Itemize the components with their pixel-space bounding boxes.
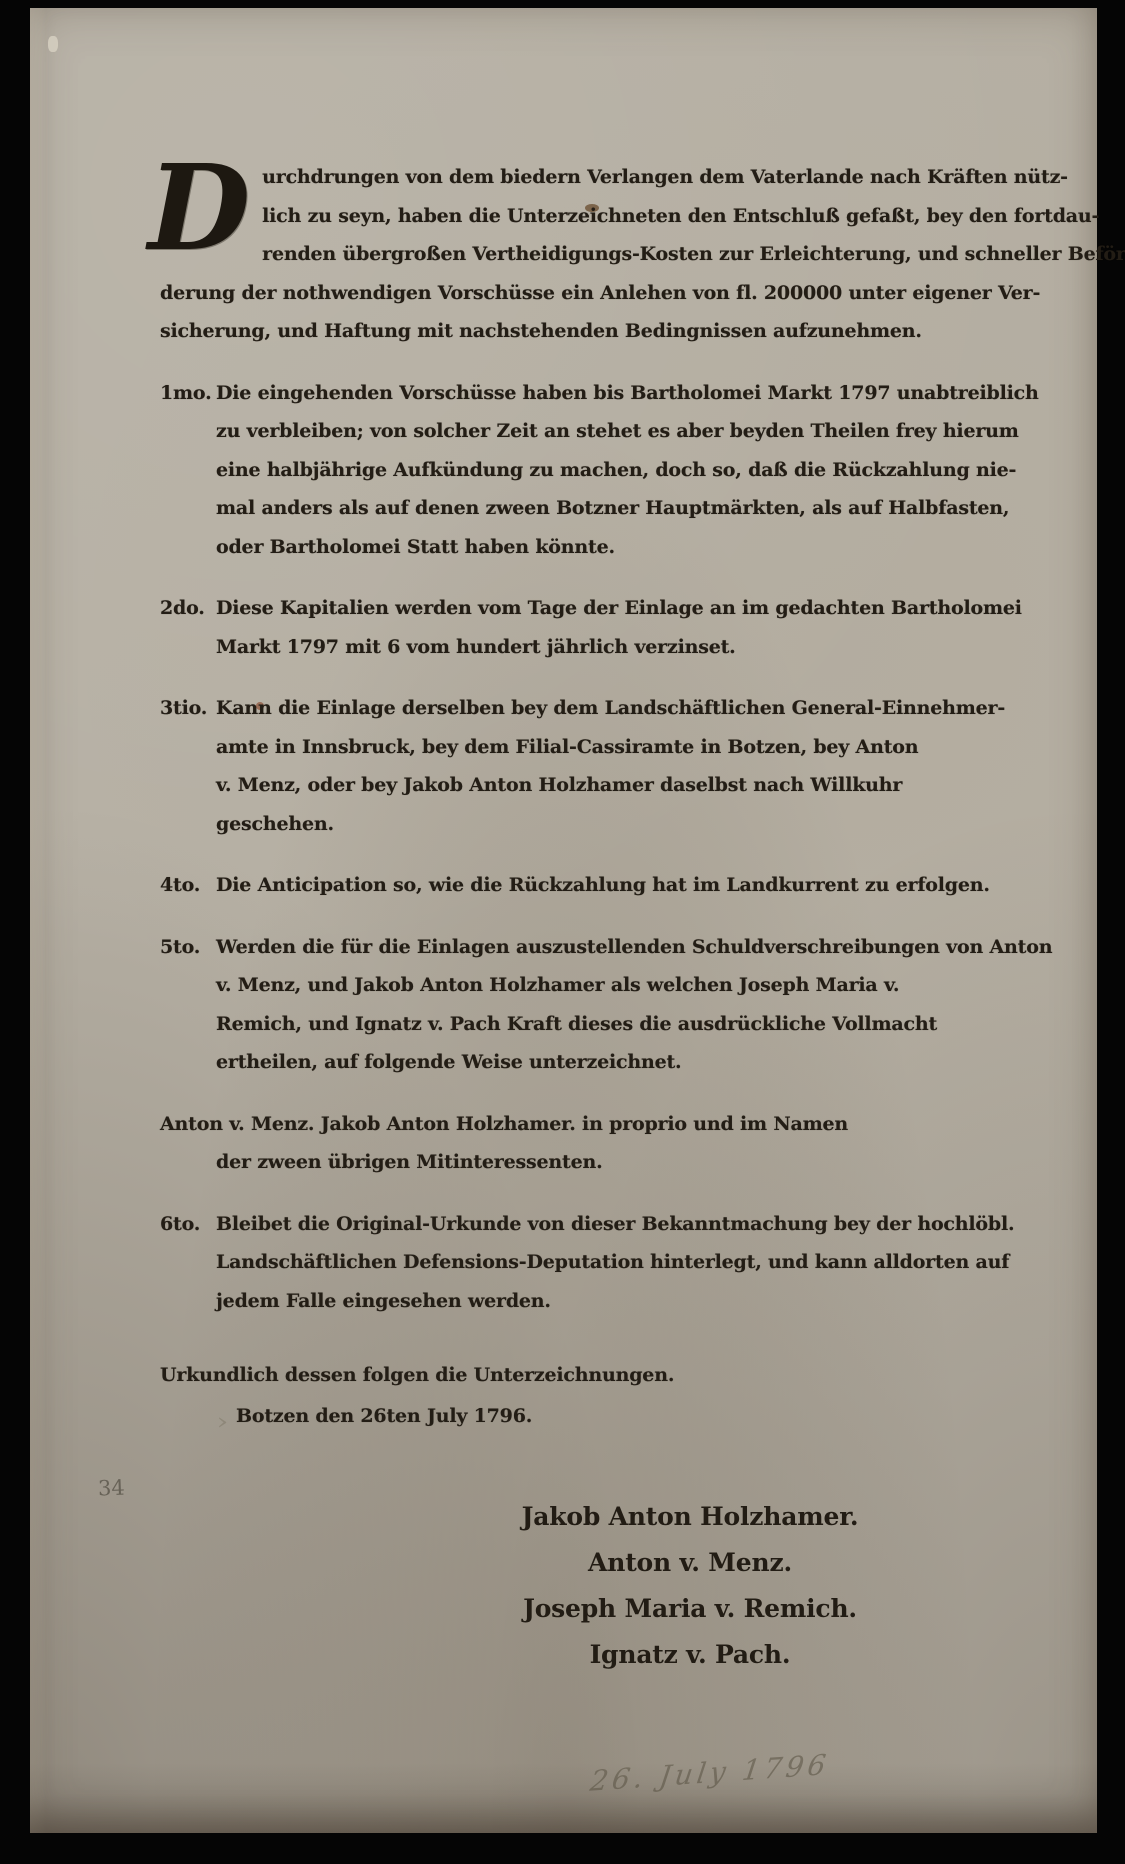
text-line: sicherung, und Haftung mit nachstehenden… — [160, 312, 960, 351]
paper-sheet: D urchdrungen von dem biedern Verlangen … — [30, 8, 1097, 1833]
text-line: Die eingehenden Vorschüsse haben bis Bar… — [216, 374, 1039, 413]
text-line: lich zu seyn, haben die Unterzeichneten … — [160, 197, 960, 236]
text-line: derung der nothwendigen Vorschüsse ein A… — [160, 274, 960, 313]
text-line: Werden die für die Einlagen auszustellen… — [216, 928, 1052, 967]
text-line: v. Menz, oder bey Jakob Anton Holzhamer … — [216, 766, 1005, 805]
opening-paragraph: D urchdrungen von dem biedern Verlangen … — [160, 158, 960, 351]
clause-marker: 2do. — [160, 589, 216, 666]
text-line: urchdrungen von dem biedern Verlangen de… — [160, 158, 960, 197]
text-line: Markt 1797 mit 6 vom hundert jährlich ve… — [216, 628, 1022, 667]
text-line: amte in Innsbruck, bey dem Filial-Cassir… — [216, 728, 1005, 767]
text-line: Anton v. Menz. Jakob Anton Holzhamer. in… — [160, 1105, 960, 1144]
handwritten-date-note: 26. July 1796 — [588, 1735, 1012, 1798]
clause-6: 6to. Bleibet die Original-Urkunde von di… — [160, 1205, 960, 1321]
signatory-statement: Anton v. Menz. Jakob Anton Holzhamer. in… — [160, 1105, 960, 1182]
pencil-page-number: 34 — [98, 1476, 126, 1501]
paper-edge-chip — [48, 36, 58, 52]
clause-5: 5to. Werden die für die Einlagen auszust… — [160, 928, 960, 1082]
clause-marker: 4to. — [160, 866, 216, 905]
signature-block: Jakob Anton Holzhamer. Anton v. Menz. Jo… — [410, 1494, 970, 1678]
clause-marker: 1mo. — [160, 374, 216, 567]
clause-2: 2do. Diese Kapitalien werden vom Tage de… — [160, 589, 960, 666]
text-line: Die Anticipation so, wie die Rückzahlung… — [216, 866, 990, 905]
clause-3: 3tio. Kann die Einlage derselben bey dem… — [160, 689, 960, 843]
text-line: oder Bartholomei Statt haben könnte. — [216, 528, 1039, 567]
text-line: Remich, und Ignatz v. Pach Kraft dieses … — [216, 1005, 1052, 1044]
document-scan: D urchdrungen von dem biedern Verlangen … — [0, 0, 1125, 1864]
text-line: der zween übrigen Mitinteressenten. — [216, 1143, 960, 1182]
document-body: D urchdrungen von dem biedern Verlangen … — [160, 158, 960, 1435]
closing-line: Urkundlich dessen folgen die Unterzeichn… — [160, 1356, 960, 1395]
clause-marker: 6to. — [160, 1205, 216, 1321]
text-line: eine halbjährige Aufkündung zu machen, d… — [216, 451, 1039, 490]
signature: Joseph Maria v. Remich. — [410, 1586, 970, 1632]
drop-cap-letter: D — [148, 168, 250, 248]
text-line: geschehen. — [216, 805, 1005, 844]
text-line: Landschäftlichen Defensions-Deputation h… — [216, 1243, 1014, 1282]
text-line: mal anders als auf denen zween Botzner H… — [216, 489, 1039, 528]
clause-1: 1mo. Die eingehenden Vorschüsse haben bi… — [160, 374, 960, 567]
signature: Jakob Anton Holzhamer. — [410, 1494, 970, 1540]
text-line: Diese Kapitalien werden vom Tage der Ein… — [216, 589, 1022, 628]
text-line: ertheilen, auf folgende Weise unterzeich… — [216, 1043, 1052, 1082]
date-line: Botzen den 26ten July 1796. — [236, 1397, 960, 1436]
paper-bottom-shading — [30, 1763, 1097, 1833]
signature: Anton v. Menz. — [410, 1540, 970, 1586]
signature: Ignatz v. Pach. — [410, 1632, 970, 1678]
text-line: renden übergroßen Vertheidigungs-Kosten … — [160, 235, 960, 274]
clause-marker: 5to. — [160, 928, 216, 1082]
clause-4: 4to. Die Anticipation so, wie die Rückza… — [160, 866, 960, 905]
text-line: Kann die Einlage derselben bey dem Lands… — [216, 689, 1005, 728]
clause-marker: 3tio. — [160, 689, 216, 843]
text-line: zu verbleiben; von solcher Zeit an stehe… — [216, 412, 1039, 451]
text-line: Bleibet die Original-Urkunde von dieser … — [216, 1205, 1014, 1244]
text-line: v. Menz, und Jakob Anton Holzhamer als w… — [216, 966, 1052, 1005]
pencil-caret-mark: › — [216, 1410, 228, 1435]
text-line: jedem Falle eingesehen werden. — [216, 1282, 1014, 1321]
